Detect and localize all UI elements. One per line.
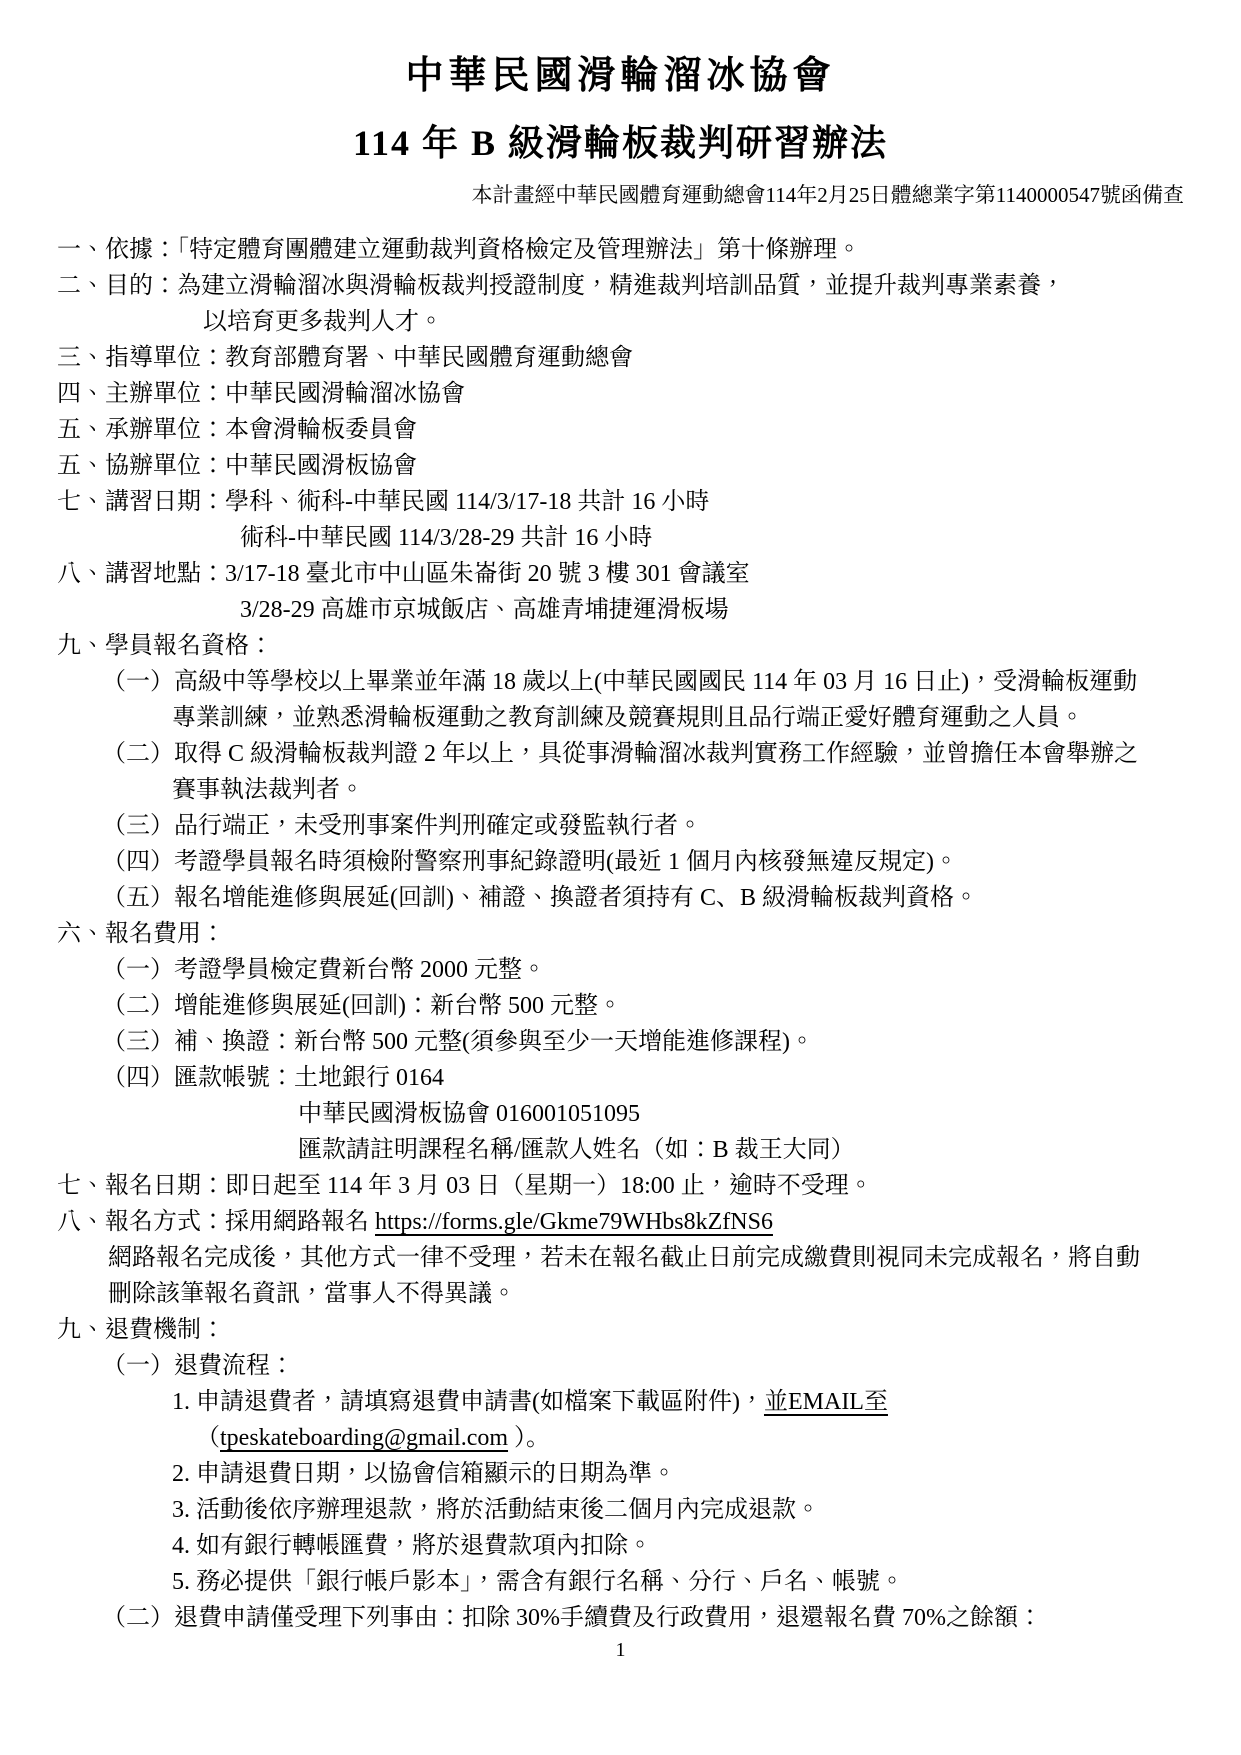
registration-link[interactable]: https://forms.gle/Gkme79WHbs8kZfNS6 <box>375 1209 773 1235</box>
filing-note: 本計畫經中華民國體育運動總會114年2月25日體總業字第1140000547號函… <box>0 182 1184 209</box>
text-run: 六、報名費用： <box>57 921 225 947</box>
document-line: 九、學員報名資格： <box>0 628 1241 664</box>
text-run: （ <box>196 1425 220 1451</box>
document-line: （一）考證學員檢定費新台幣 2000 元整。 <box>0 952 1241 988</box>
document-line: 七、講習日期：學科、術科-中華民國 114/3/17-18 共計 16 小時 <box>0 484 1241 520</box>
text-run: 九、退費機制： <box>57 1317 225 1343</box>
text-run: （三）補、換證：新台幣 500 元整(須參與至少一天增能進修課程)。 <box>102 1029 814 1055</box>
page-title: 中華民國滑輪溜冰協會 <box>0 52 1241 101</box>
document-line: 八、講習地點：3/17-18 臺北市中山區朱崙街 20 號 3 樓 301 會議… <box>0 556 1241 592</box>
document-line: 五、承辦單位：本會滑輪板委員會 <box>0 412 1241 448</box>
text-run: 五、協辦單位：中華民國滑板協會 <box>57 453 417 479</box>
document-line: 術科-中華民國 114/3/28-29 共計 16 小時 <box>0 520 1241 556</box>
document-line: 3. 活動後依序辦理退款，將於活動結束後二個月內完成退款。 <box>0 1492 1241 1528</box>
document-line: 八、報名方式：採用網路報名 https://forms.gle/Gkme79WH… <box>0 1204 1241 1240</box>
text-run: 七、講習日期：學科、術科-中華民國 114/3/17-18 共計 16 小時 <box>57 489 709 515</box>
document-body: 一、依據：「特定體育團體建立運動裁判資格檢定及管理辦法」第十條辦理。二、目的：為… <box>0 232 1241 1636</box>
text-run: 一、依據：「特定體育團體建立運動裁判資格檢定及管理辦法」第十條辦理。 <box>57 237 861 263</box>
text-run: （四）匯款帳號：土地銀行 0164 <box>102 1065 444 1091</box>
document-line: （四）匯款帳號：土地銀行 0164 <box>0 1060 1241 1096</box>
document-line: 五、協辦單位：中華民國滑板協會 <box>0 448 1241 484</box>
document-line: （一）高級中等學校以上畢業並年滿 18 歲以上(中華民國國民 114 年 03 … <box>0 664 1241 700</box>
text-run: （三）品行端正，未受刑事案件判刑確定或發監執行者。 <box>102 813 702 839</box>
text-run: （四）考證學員報名時須檢附警察刑事紀錄證明(最近 1 個月內核發無違反規定)。 <box>102 849 958 875</box>
text-run: （二）增能進修與展延(回訓)：新台幣 500 元整。 <box>102 993 622 1019</box>
document-line: （三）品行端正，未受刑事案件判刑確定或發監執行者。 <box>0 808 1241 844</box>
document-line: 2. 申請退費日期，以協會信箱顯示的日期為準。 <box>0 1456 1241 1492</box>
text-run: 4. 如有銀行轉帳匯費，將於退費款項內扣除。 <box>172 1533 652 1559</box>
document-line: 網路報名完成後，其他方式一律不受理，若未在報名截止日前完成繳費則視同未完成報名，… <box>0 1240 1241 1276</box>
text-run: 五、承辦單位：本會滑輪板委員會 <box>57 417 417 443</box>
text-run: 3. 活動後依序辦理退款，將於活動結束後二個月內完成退款。 <box>172 1497 820 1523</box>
document-line: 刪除該筆報名資訊，當事人不得異議。 <box>0 1276 1241 1312</box>
document-line: 3/28-29 高雄市京城飯店、高雄青埔捷運滑板場 <box>0 592 1241 628</box>
text-run: 三、指導單位：教育部體育署、中華民國體育運動總會 <box>57 345 633 371</box>
document-line: （四）考證學員報名時須檢附警察刑事紀錄證明(最近 1 個月內核發無違反規定)。 <box>0 844 1241 880</box>
text-run: 網路報名完成後，其他方式一律不受理，若未在報名截止日前完成繳費則視同未完成報名，… <box>108 1245 1140 1271</box>
text-run: 二、目的：為建立滑輪溜冰與滑輪板裁判授證制度，精進裁判培訓品質，並提升裁判專業素… <box>57 273 1065 299</box>
text-run: （一）高級中等學校以上畢業並年滿 18 歲以上(中華民國國民 114 年 03 … <box>102 669 1137 695</box>
refund-email-link[interactable]: tpeskateboarding@gmail.com <box>220 1425 508 1451</box>
text-run: 5. 務必提供「銀行帳戶影本」，需含有銀行名稱、分行、戶名、帳號。 <box>172 1569 904 1595</box>
document-line: （三）補、換證：新台幣 500 元整(須參與至少一天增能進修課程)。 <box>0 1024 1241 1060</box>
text-run: 1. 申請退費者，請填寫退費申請書(如檔案下載區附件)， <box>172 1389 764 1415</box>
text-run: 八、報名方式：採用網路報名 <box>57 1209 375 1235</box>
document-line: 以培育更多裁判人才。 <box>0 304 1241 340</box>
text-run: 匯款請註明課程名稱/匯款人姓名（如：B 裁王大同） <box>298 1137 855 1163</box>
text-run: 以培育更多裁判人才。 <box>203 309 443 335</box>
text-run: 七、報名日期：即日起至 114 年 3 月 03 日（星期一）18:00 止，逾… <box>57 1173 873 1199</box>
document-line: （二）取得 C 級滑輪板裁判證 2 年以上，具從事滑輪溜冰裁判實務工作經驗，並曾… <box>0 736 1241 772</box>
text-run: 賽事執法裁判者。 <box>172 777 364 803</box>
text-run: （二）取得 C 級滑輪板裁判證 2 年以上，具從事滑輪溜冰裁判實務工作經驗，並曾… <box>102 741 1138 767</box>
document-line: （tpeskateboarding@gmail.com ）。 <box>0 1420 1241 1456</box>
text-run: 九、學員報名資格： <box>57 633 273 659</box>
text-run: 2. 申請退費日期，以協會信箱顯示的日期為準。 <box>172 1461 676 1487</box>
document-line: 專業訓練，並熟悉滑輪板運動之教育訓練及競賽規則且品行端正愛好體育運動之人員。 <box>0 700 1241 736</box>
document-page: 中華民國滑輪溜冰協會 114 年 B 級滑輪板裁判研習辦法 本計畫經中華民國體育… <box>0 0 1241 1755</box>
document-line: 匯款請註明課程名稱/匯款人姓名（如：B 裁王大同） <box>0 1132 1241 1168</box>
text-run: ）。 <box>508 1425 550 1451</box>
text-run: （一）考證學員檢定費新台幣 2000 元整。 <box>102 957 546 983</box>
text-run: （二）退費申請僅受理下列事由：扣除 30%手續費及行政費用，退還報名費 70%之… <box>102 1605 1042 1631</box>
document-line: 1. 申請退費者，請填寫退費申請書(如檔案下載區附件)，並EMAIL至 <box>0 1384 1241 1420</box>
document-line: （二）增能進修與展延(回訓)：新台幣 500 元整。 <box>0 988 1241 1024</box>
document-line: 三、指導單位：教育部體育署、中華民國體育運動總會 <box>0 340 1241 376</box>
document-line: （一）退費流程： <box>0 1348 1241 1384</box>
document-line: 4. 如有銀行轉帳匯費，將於退費款項內扣除。 <box>0 1528 1241 1564</box>
document-line: 四、主辦單位：中華民國滑輪溜冰協會 <box>0 376 1241 412</box>
page-subtitle: 114 年 B 級滑輪板裁判研習辦法 <box>0 121 1241 166</box>
document-line: （二）退費申請僅受理下列事由：扣除 30%手續費及行政費用，退還報名費 70%之… <box>0 1600 1241 1636</box>
document-line: 5. 務必提供「銀行帳戶影本」，需含有銀行名稱、分行、戶名、帳號。 <box>0 1564 1241 1600</box>
text-run: （五）報名增能進修與展延(回訓)、補證、換證者須持有 C、B 級滑輪板裁判資格。 <box>102 885 978 911</box>
document-line: 六、報名費用： <box>0 916 1241 952</box>
text-run: 並EMAIL至 <box>764 1389 888 1415</box>
document-line: 中華民國滑板協會 016001051095 <box>0 1096 1241 1132</box>
text-run: 術科-中華民國 114/3/28-29 共計 16 小時 <box>240 525 652 551</box>
document-line: 一、依據：「特定體育團體建立運動裁判資格檢定及管理辦法」第十條辦理。 <box>0 232 1241 268</box>
text-run: 專業訓練，並熟悉滑輪板運動之教育訓練及競賽規則且品行端正愛好體育運動之人員。 <box>172 705 1084 731</box>
text-run: 八、講習地點：3/17-18 臺北市中山區朱崙街 20 號 3 樓 301 會議… <box>57 561 750 587</box>
document-line: （五）報名增能進修與展延(回訓)、補證、換證者須持有 C、B 級滑輪板裁判資格。 <box>0 880 1241 916</box>
text-run: 四、主辦單位：中華民國滑輪溜冰協會 <box>57 381 465 407</box>
text-run: 3/28-29 高雄市京城飯店、高雄青埔捷運滑板場 <box>240 597 729 623</box>
document-line: 二、目的：為建立滑輪溜冰與滑輪板裁判授證制度，精進裁判培訓品質，並提升裁判專業素… <box>0 268 1241 304</box>
document-line: 七、報名日期：即日起至 114 年 3 月 03 日（星期一）18:00 止，逾… <box>0 1168 1241 1204</box>
page-number: 1 <box>0 1638 1241 1662</box>
text-run: （一）退費流程： <box>102 1353 294 1379</box>
document-line: 九、退費機制： <box>0 1312 1241 1348</box>
text-run: 刪除該筆報名資訊，當事人不得異議。 <box>108 1281 516 1307</box>
document-line: 賽事執法裁判者。 <box>0 772 1241 808</box>
text-run: 中華民國滑板協會 016001051095 <box>298 1101 640 1127</box>
